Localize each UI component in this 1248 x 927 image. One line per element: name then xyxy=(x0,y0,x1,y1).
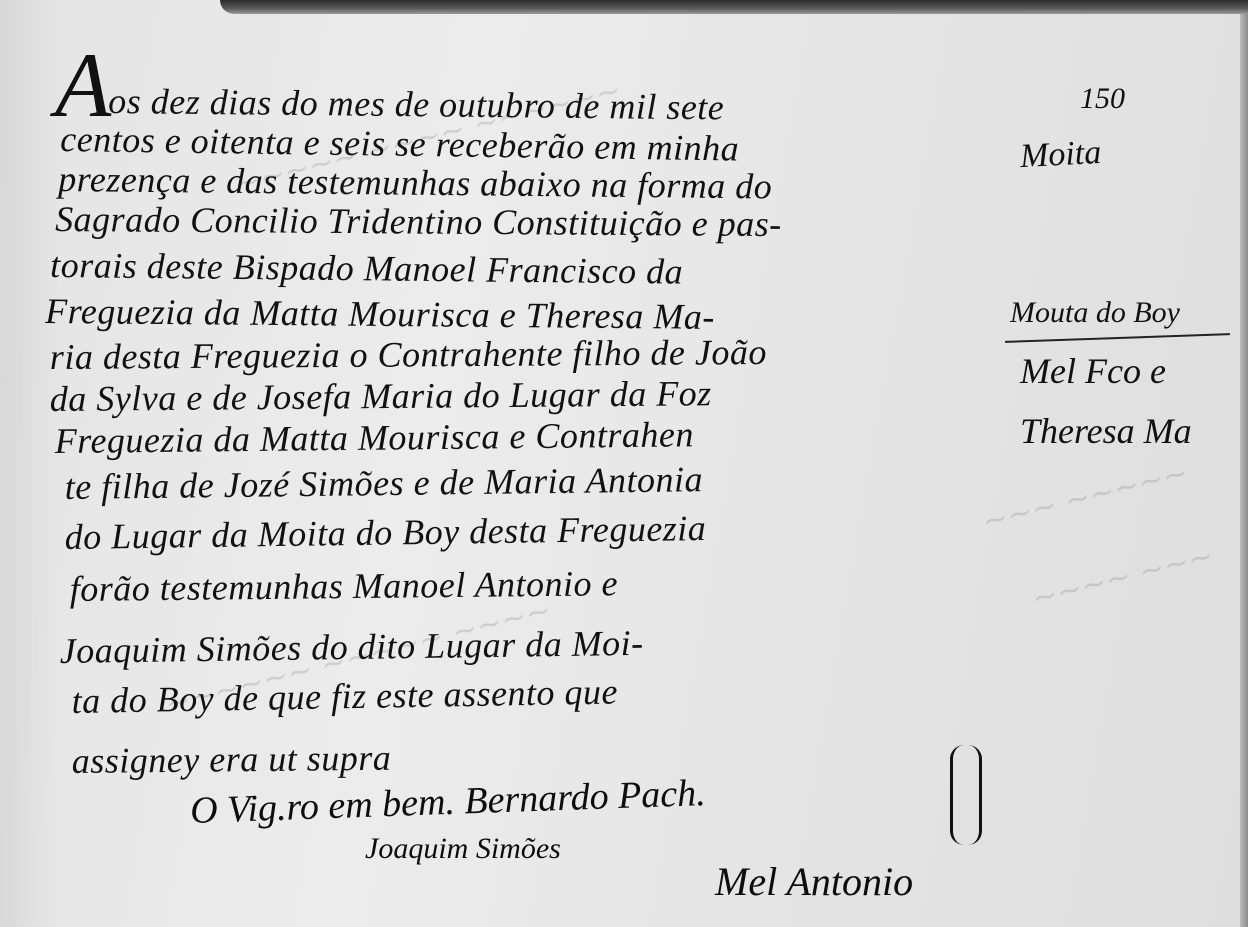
text-line: forão testemunhas Manoel Antonio e xyxy=(70,562,619,610)
text-line: Freguezia da Matta Mourisca e Theresa Ma… xyxy=(45,290,715,338)
text-line: Sagrado Concilio Tridentino Constituição… xyxy=(55,198,782,245)
signature-flourish xyxy=(950,745,982,845)
signature-vicar: O Vig.ro em bem. Bernardo Pach. xyxy=(189,771,706,833)
text-line: torais deste Bispado Manoel Francisco da xyxy=(50,244,683,293)
margin-note: Mouta do Boy xyxy=(1010,296,1180,330)
manuscript-page: ~~~~~ ~~~~ ~~~~~~ ~~~ ~~~~~ ~~~~ ~~~ ~~~… xyxy=(0,0,1248,927)
folio-number: 150 xyxy=(1080,82,1125,116)
page-left-bleed xyxy=(0,0,60,927)
text-line: assigney era ut supra xyxy=(72,737,392,782)
page-right-edge xyxy=(1240,14,1248,927)
text-line: da Sylva e de Josefa Maria do Lugar da F… xyxy=(50,372,712,420)
margin-note: Mel Fco e xyxy=(1020,350,1166,392)
text-line: do Lugar da Moita do Boy desta Freguezia xyxy=(64,507,706,558)
text-line: Joaquim Simões do dito Lugar da Moi- xyxy=(59,622,644,672)
text-line: ta do Boy de que fiz este assento que xyxy=(71,670,618,722)
text-line: ria desta Freguezia o Contrahente filho … xyxy=(50,331,767,378)
margin-rule xyxy=(1005,333,1230,343)
signature-witness-2: Mel Antonio xyxy=(715,858,913,905)
bleed-through-text: ~~~ ~~~~~ xyxy=(979,455,1192,540)
text-line: Freguezia da Matta Mourisca e Contrahen xyxy=(55,413,694,462)
signature-witness-1: Joaquim Simões xyxy=(365,832,561,866)
margin-header: Moita xyxy=(1019,134,1102,176)
margin-note: Theresa Ma xyxy=(1020,410,1192,452)
text-line: te filha de Jozé Simões e de Maria Anton… xyxy=(64,458,703,508)
page-top-edge xyxy=(220,0,1248,14)
bleed-through-text: ~~~~ ~~~ xyxy=(1029,538,1217,617)
